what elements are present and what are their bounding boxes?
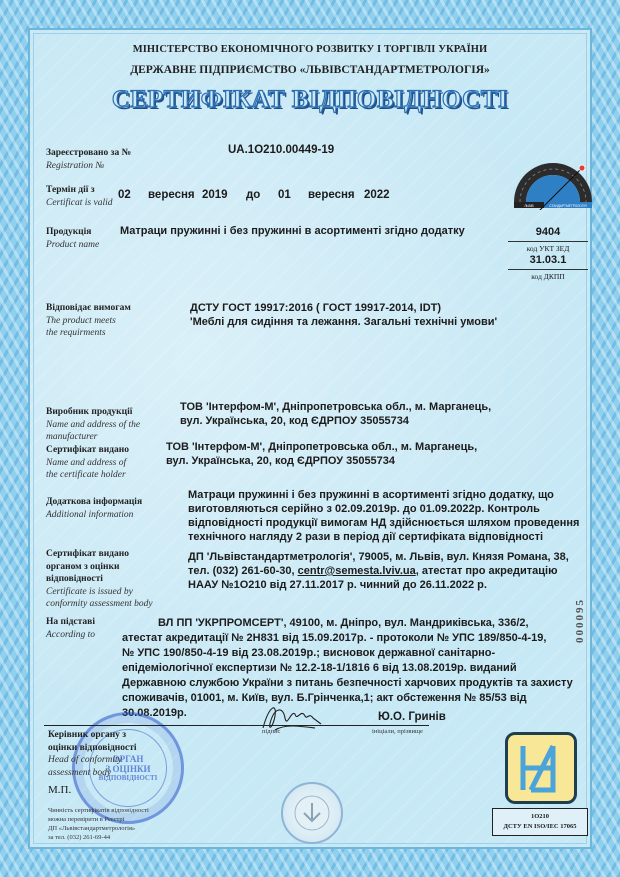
ministry-header: МІНІСТЕРСТВО ЕКОНОМІЧНОГО РОЗВИТКУ І ТОР… <box>0 44 620 55</box>
verification-note: Чинність сертифікатів відповідності можн… <box>48 806 149 842</box>
product-name: Матраци пружинні і без пружинні в асорти… <box>120 224 465 238</box>
valid-from-day: 02 <box>118 188 131 202</box>
issuer-label: Сертифікат видано органом з оцінки відпо… <box>46 548 153 611</box>
svg-text:ЛЬВІВ: ЛЬВІВ <box>524 204 533 208</box>
additional-label: Додаткова інформація Additional informat… <box>46 496 142 521</box>
valid-to-word: до <box>246 188 260 202</box>
issuer-line-3: НААУ №1O210 від 27.11.2017 р. чинний до … <box>188 578 569 592</box>
issuer-label-en-1: Certificate is issued by <box>46 586 153 599</box>
holder-label-uk: Сертифікат видано <box>46 444 129 457</box>
svg-text:СТАНДАРТМЕТРОЛОГІЯ: СТАНДАРТМЕТРОЛОГІЯ <box>549 204 587 208</box>
accreditation-mark-icon <box>505 732 577 804</box>
basis-value: ВЛ ПП 'УКРПРОМСЕРТ', 49100, м. Дніпро, в… <box>122 616 573 721</box>
basis-line-2: атестат акредитації № 2Н831 від 15.09.20… <box>122 631 573 646</box>
basis-line-7: 30.08.2019р. <box>122 706 573 721</box>
holder-label: Сертифікат видано Name and address of th… <box>46 444 129 482</box>
requirements-label-uk: Відповідає вимогам <box>46 302 131 315</box>
ukt-zed-value: 9404 <box>508 226 588 238</box>
basis-label-en: According to <box>46 629 95 642</box>
manufacturer-label: Виробник продукції Name and address of t… <box>46 406 140 444</box>
holder-label-en-2: the certificate holder <box>46 469 129 482</box>
ukt-zed-caption: код УКТ ЗЕД <box>508 244 588 253</box>
certificate-page: МІНІСТЕРСТВО ЕКОНОМІЧНОГО РОЗВИТКУ І ТОР… <box>0 0 620 877</box>
additional-line-1: Матраци пружинні і без пружинні в асорти… <box>188 488 579 502</box>
serial-number: 000095 <box>574 598 586 643</box>
manufacturer-label-uk: Виробник продукції <box>46 406 140 419</box>
holder-line-1: ТОВ 'Інтерфом-М', Дніпропетровська обл.,… <box>166 440 477 454</box>
basis-line-5: Державною службою України з питань безпе… <box>122 676 573 691</box>
issuer-label-en-2: conformity assessment body <box>46 598 153 611</box>
additional-label-en: Additional information <box>46 509 142 522</box>
head-label-uk-1: Керівник органу з <box>48 729 137 742</box>
manufacturer-label-en-1: Name and address of the <box>46 419 140 432</box>
additional-line-3: відповідності продукції вимогам НД здійс… <box>188 516 579 530</box>
holder-value: ТОВ 'Інтерфом-М', Дніпропетровська обл.,… <box>166 440 477 468</box>
head-label: Керівник органу з оцінки відповідності H… <box>48 729 137 779</box>
basis-label: На підставі According to <box>46 616 95 641</box>
product-label-uk: Продукція <box>46 226 99 239</box>
additional-label-uk: Додаткова інформація <box>46 496 142 509</box>
product-label: Продукція Product name <box>46 226 99 251</box>
issuer-label-uk-2: органом з оцінки <box>46 561 153 574</box>
additional-line-2: виготовляються серійно з 02.09.2019р. до… <box>188 502 579 516</box>
basis-line-1: ВЛ ПП 'УКРПРОМСЕРТ', 49100, м. Дніпро, в… <box>122 616 573 631</box>
registration-label-en: Registration № <box>46 160 131 173</box>
issuer-label-uk-3: відповідності <box>46 573 153 586</box>
registration-label: Зареєстровано за № Registration № <box>46 147 131 172</box>
manufacturer-line-1: ТОВ 'Інтерфом-М', Дніпропетровська обл.,… <box>180 400 491 414</box>
issuer-label-uk-1: Сертифікат видано <box>46 548 153 561</box>
signature-caption: підпис <box>262 728 280 735</box>
validity-label-uk: Термін дії з <box>46 184 113 197</box>
requirements-label-en-2: the requirments <box>46 327 131 340</box>
requirements-label-en-1: The product meets <box>46 315 131 328</box>
certificate-title: СЕРТИФІКАТ ВІДПОВІДНОСТІ <box>0 86 620 114</box>
stamp-place-label: М.П. <box>48 784 71 796</box>
head-label-uk-2: оцінки відповідності <box>48 742 137 755</box>
dkpp-caption: код ДКПП <box>508 272 588 281</box>
name-caption: ініціали, прізвище <box>372 728 423 735</box>
holder-line-2: вул. Українська, 20, код ЄДРПОУ 35055734 <box>166 454 477 468</box>
manufacturer-line-2: вул. Українська, 20, код ЄДРПОУ 35055734 <box>180 414 491 428</box>
valid-from-year: 2019 <box>202 188 228 202</box>
dkpp-value: 31.03.1 <box>508 254 588 266</box>
ukt-zed-code: 9404 код УКТ ЗЕД <box>508 226 588 253</box>
additional-value: Матраци пружинні і без пружинні в асорти… <box>188 488 579 544</box>
dkpp-code: 31.03.1 код ДКПП <box>508 254 588 281</box>
holder-label-en-1: Name and address of <box>46 457 129 470</box>
signatory-name: Ю.О. Гринів <box>378 710 446 724</box>
signature-line <box>44 725 429 726</box>
valid-from-month: вересня <box>148 188 195 202</box>
requirements-standard: ДСТУ ГОСТ 19917:2016 ( ГОСТ 19917-2014, … <box>190 301 497 315</box>
accreditation-number: 1O210 <box>493 812 587 822</box>
hologram-seal-icon <box>281 782 343 844</box>
manufacturer-label-en-2: manufacturer <box>46 431 140 444</box>
product-label-en: Product name <box>46 239 99 252</box>
issuer-line-2: тел. (032) 261-60-30, centr@semesta.lviv… <box>188 564 569 578</box>
issuer-value: ДП 'Львівстандартметрологія', 79005, м. … <box>188 550 569 592</box>
basis-line-4: епідеміологічної експертизи № 12.2-18-1/… <box>122 661 573 676</box>
head-label-en-2: assessment body <box>48 767 137 780</box>
requirements-standard-title: 'Меблі для сидіння та лежання. Загальні … <box>190 315 497 329</box>
valid-to-month: вересня <box>308 188 355 202</box>
additional-line-4: технічного нагляду 2 рази в період дії с… <box>188 530 579 544</box>
issuer-line-1: ДП 'Львівстандартметрологія', 79005, м. … <box>188 550 569 564</box>
accreditation-box: 1O210 ДСТУ EN ISO/IEC 17065 <box>492 808 588 836</box>
lvivstandartmetrologia-logo-icon: ЛЬВІВ СТАНДАРТМЕТРОЛОГІЯ <box>510 162 596 210</box>
validity-label-en: Certificat is valid <box>46 197 113 210</box>
requirements-label: Відповідає вимогам The product meets the… <box>46 302 131 340</box>
valid-to-day: 01 <box>278 188 291 202</box>
manufacturer-value: ТОВ 'Інтерфом-М', Дніпропетровська обл.,… <box>180 400 491 428</box>
issuer-email-link[interactable]: centr@semesta.lviv.ua <box>298 565 416 577</box>
requirements-value: ДСТУ ГОСТ 19917:2016 ( ГОСТ 19917-2014, … <box>190 301 497 329</box>
validity-label: Термін дії з Certificat is valid <box>46 184 113 209</box>
valid-to-year: 2022 <box>364 188 390 202</box>
head-label-en-1: Head of conformity <box>48 754 137 767</box>
registration-label-uk: Зареєстровано за № <box>46 147 131 160</box>
enterprise-header: ДЕРЖАВНЕ ПІДПРИЄМСТВО «ЛЬВІВСТАНДАРТМЕТР… <box>0 64 620 76</box>
basis-line-3: № УПС 190/850-4-19 від 23.08.2019р.; вис… <box>122 646 573 661</box>
registration-number: UA.1O210.00449-19 <box>228 143 334 157</box>
basis-line-6: споживачів, 01001, м. Київ, вул. Б.Грінч… <box>122 691 573 706</box>
basis-label-uk: На підставі <box>46 616 95 629</box>
accreditation-standard: ДСТУ EN ISO/IEC 17065 <box>493 822 587 832</box>
